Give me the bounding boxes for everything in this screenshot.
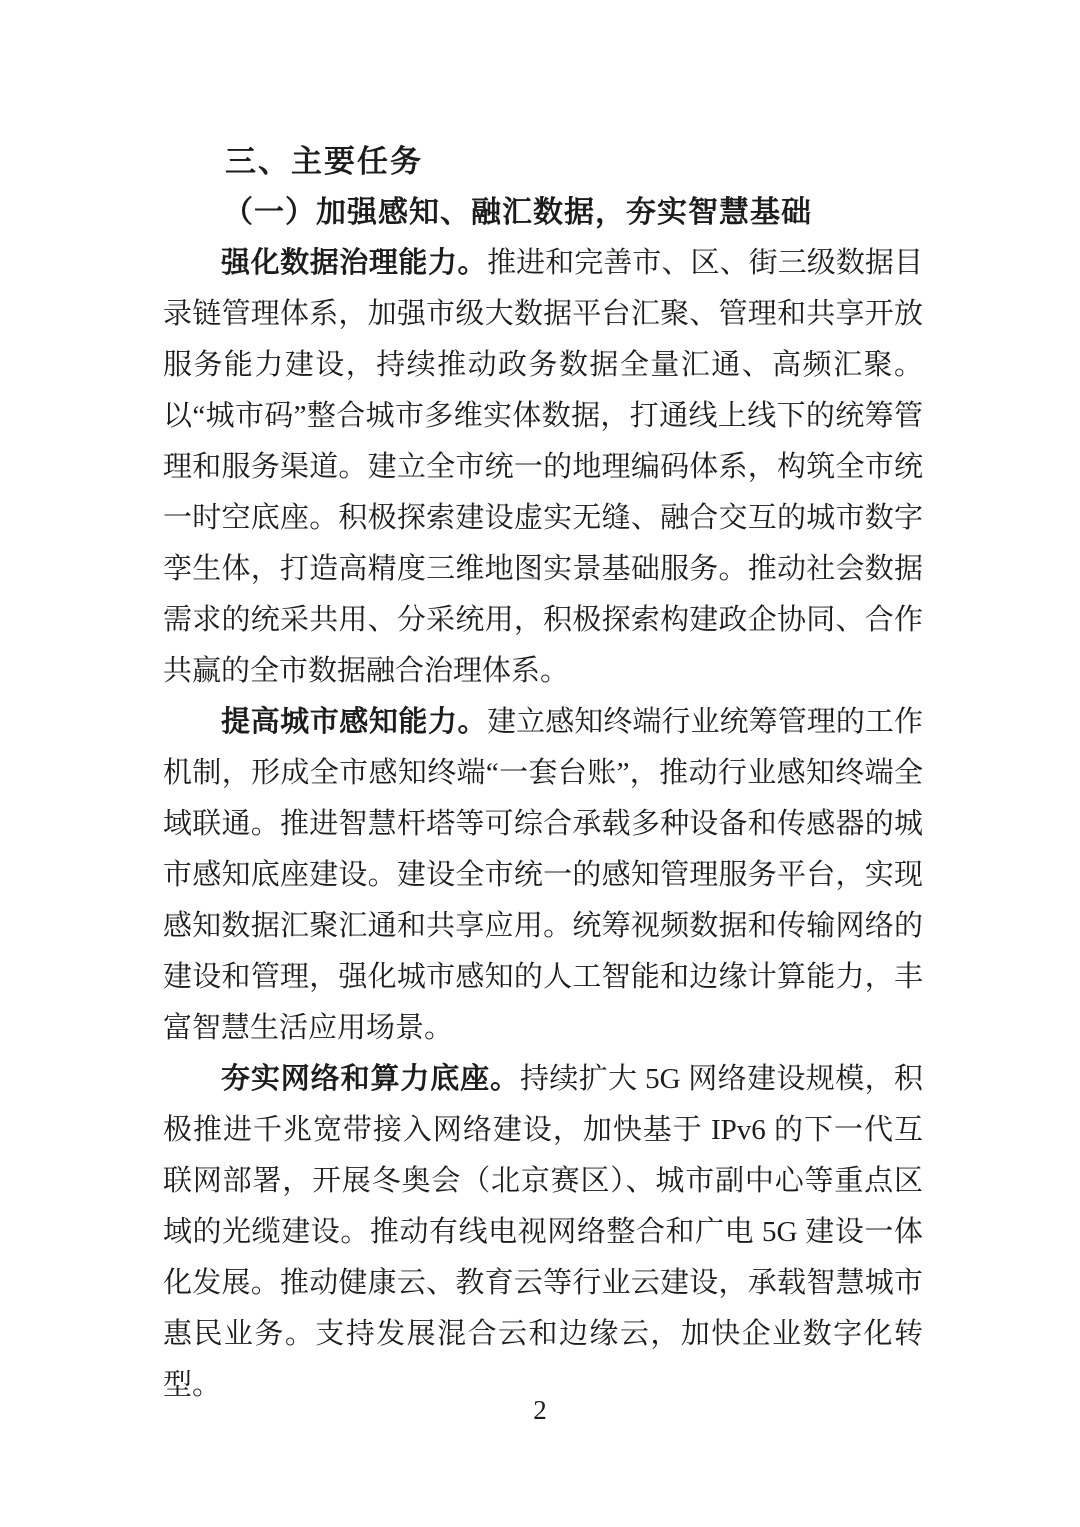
paragraph: 提高城市感知能力。建立感知终端行业统筹管理的工作机制，形成全市感知终端“一套台账… bbox=[163, 697, 923, 1054]
document-page: 三、主要任务 （一）加强感知、融汇数据，夯实智慧基础 强化数据治理能力。推进和完… bbox=[0, 0, 1080, 1527]
paragraph-lead: 夯实网络和算力底座。 bbox=[221, 1063, 520, 1095]
paragraph: 强化数据治理能力。推进和完善市、区、街三级数据目录链管理体系，加强市级大数据平台… bbox=[163, 238, 923, 697]
paragraph-body: 持续扩大 5G 网络建设规模，积极推进千兆宽带接入网络建设，加快基于 IPv6 … bbox=[163, 1063, 923, 1401]
subsection-heading: （一）加强感知、融汇数据，夯实智慧基础 bbox=[163, 187, 923, 238]
paragraph-lead: 提高城市感知能力。 bbox=[221, 706, 487, 738]
paragraph-body: 建立感知终端行业统筹管理的工作机制，形成全市感知终端“一套台账”，推动行业感知终… bbox=[163, 706, 923, 1044]
section-heading: 三、主要任务 bbox=[163, 136, 923, 187]
paragraph-lead: 强化数据治理能力。 bbox=[221, 247, 487, 279]
paragraph: 夯实网络和算力底座。持续扩大 5G 网络建设规模，积极推进千兆宽带接入网络建设，… bbox=[163, 1054, 923, 1411]
page-number: 2 bbox=[0, 1390, 1080, 1430]
document-content: 三、主要任务 （一）加强感知、融汇数据，夯实智慧基础 强化数据治理能力。推进和完… bbox=[0, 0, 1080, 1411]
paragraph-body: 推进和完善市、区、街三级数据目录链管理体系，加强市级大数据平台汇聚、管理和共享开… bbox=[163, 247, 923, 687]
